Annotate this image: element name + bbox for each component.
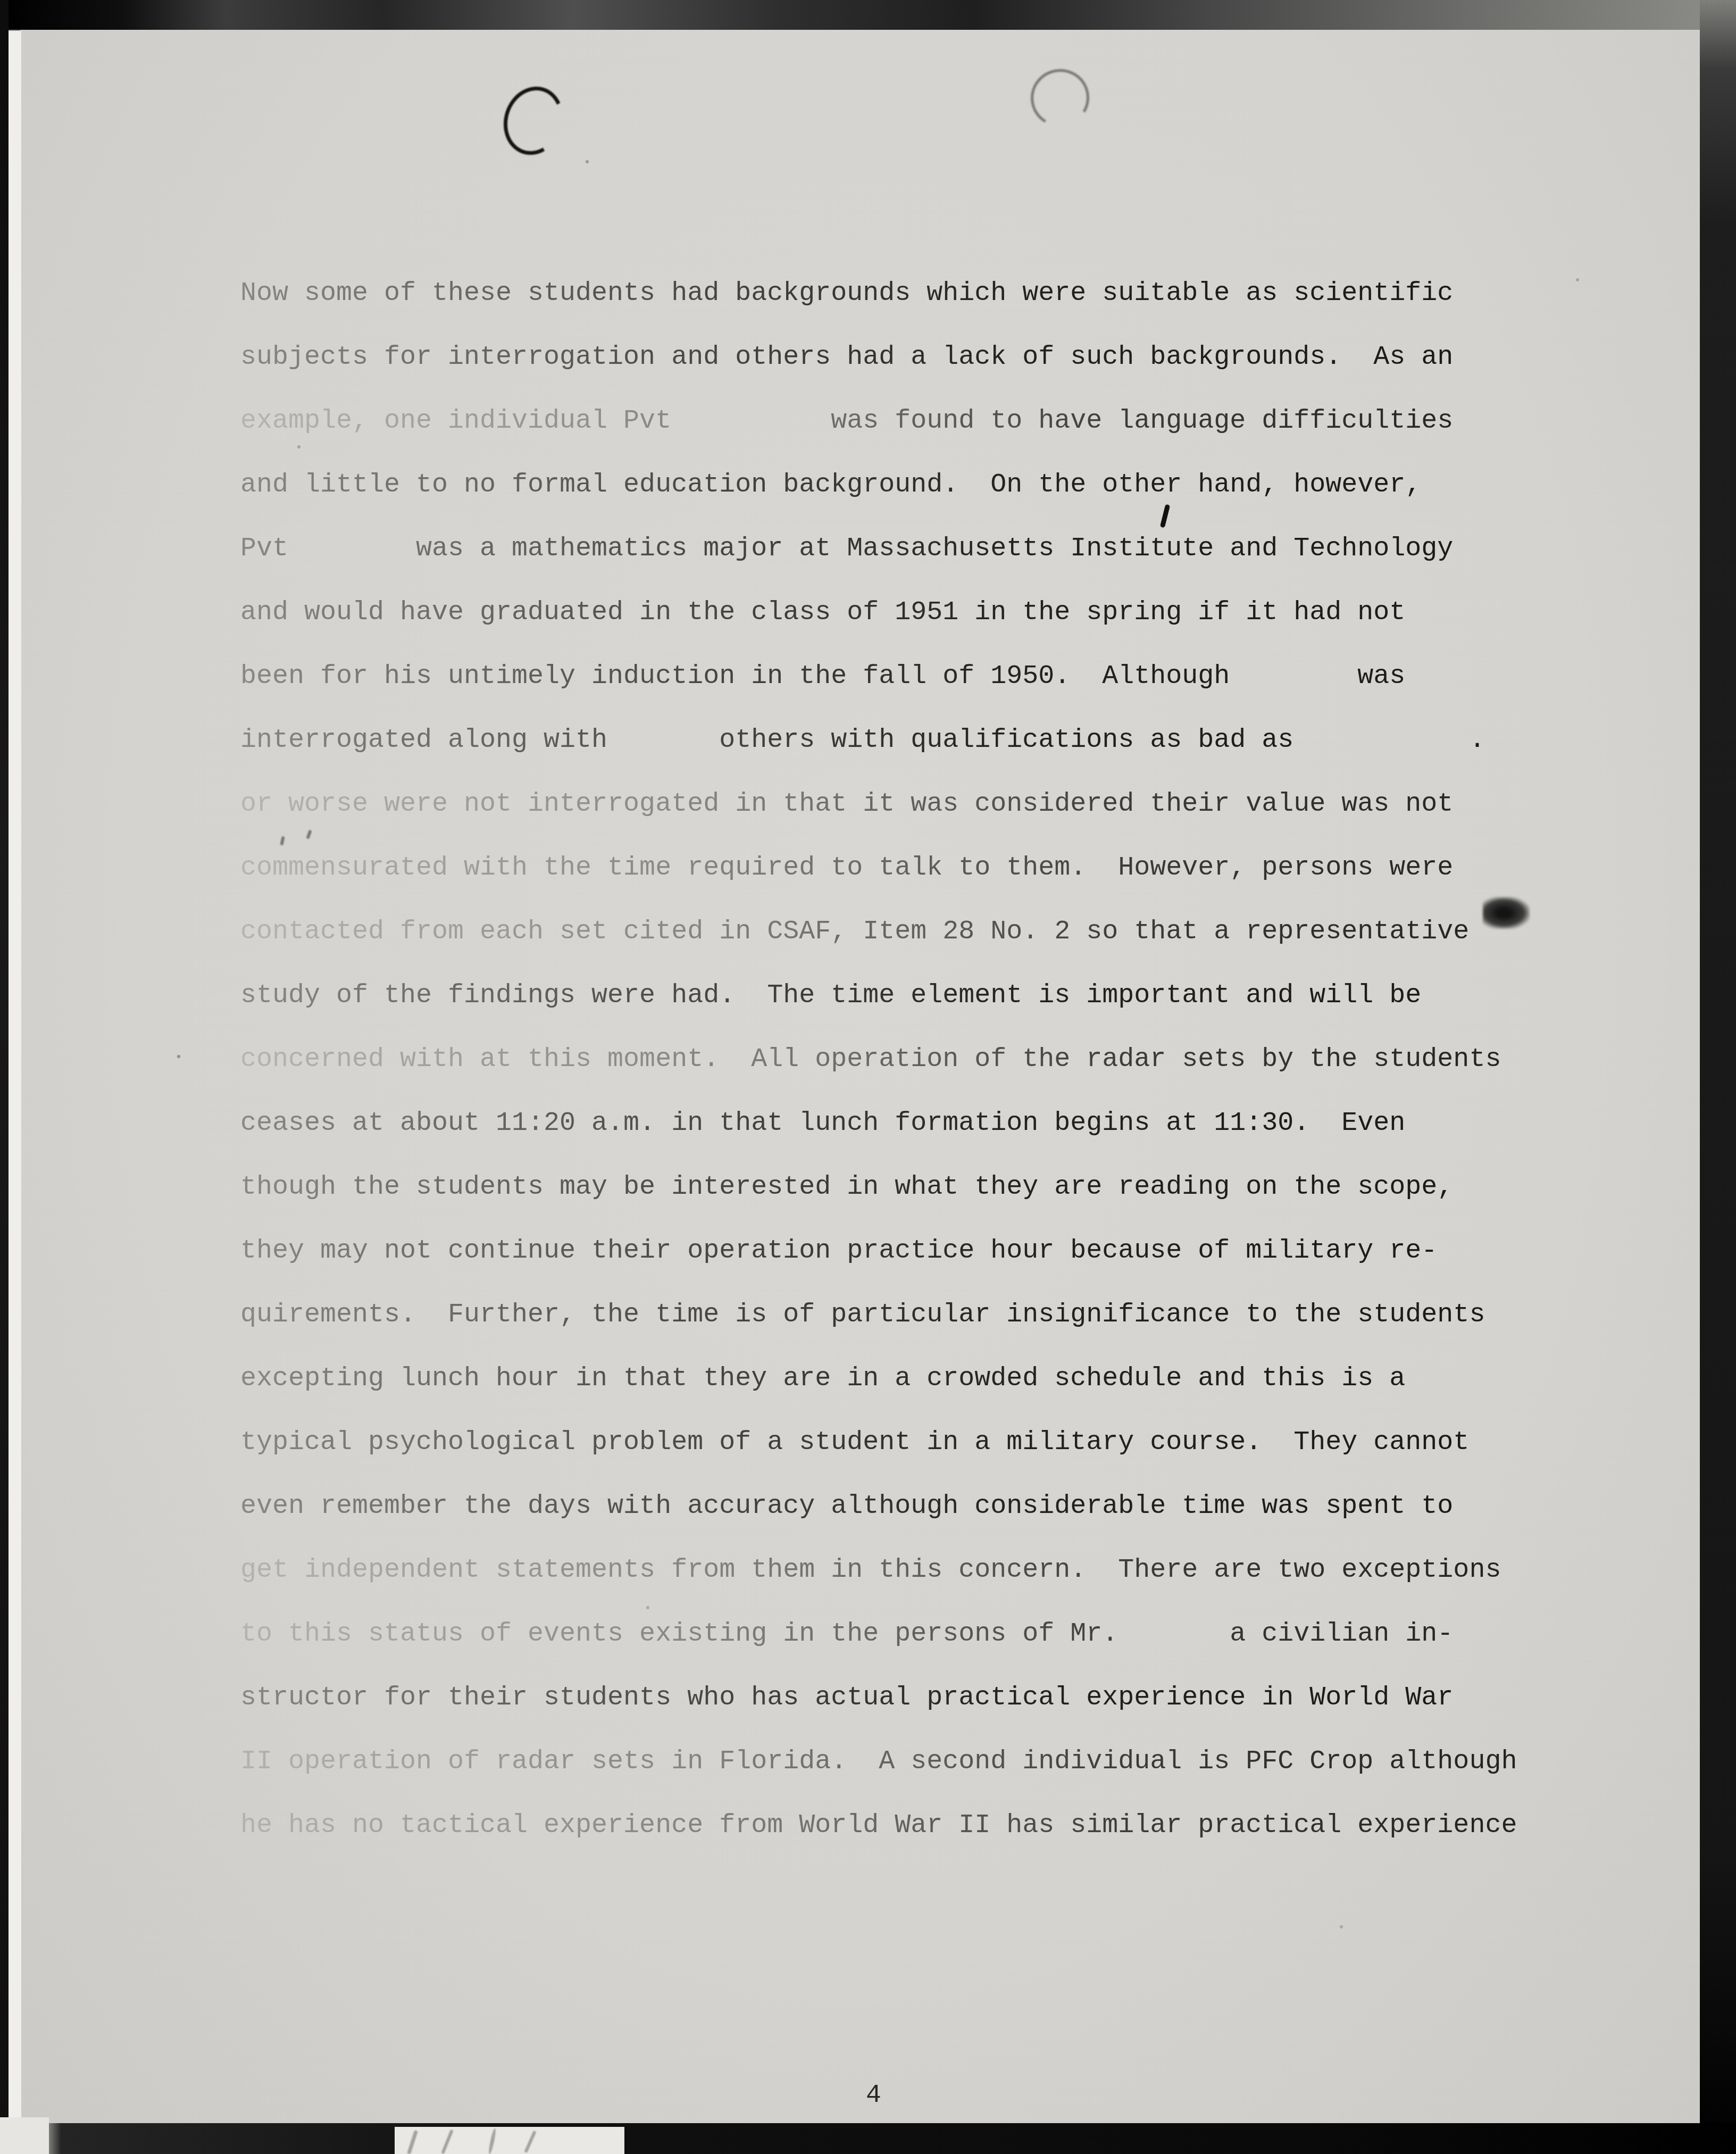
text-line: even remember the days with accuracy alt… [240, 1475, 1517, 1538]
bottom-handwriting-area [395, 2127, 624, 2154]
text-line: or worse were not interrogated in that i… [240, 772, 1517, 836]
scan-edge-right [1700, 0, 1736, 2154]
text-line: commensurated with the time required to … [240, 836, 1517, 900]
text-line: contacted from each set cited in CSAF, I… [240, 900, 1517, 964]
text-line: get independent statements from them in … [240, 1538, 1517, 1602]
scan-edge-top [0, 0, 1736, 30]
text-line: Pvt was a mathematics major at Massachus… [240, 517, 1517, 581]
text-lines: Now some of these students had backgroun… [240, 262, 1517, 1858]
page-number: 4 [866, 2081, 881, 2110]
text-line: II operation of radar sets in Florida. A… [240, 1730, 1517, 1794]
handwriting-stroke [524, 2131, 536, 2153]
paper-edge-sliver [9, 31, 21, 2122]
text-line: subjects for interrogation and others ha… [240, 326, 1517, 389]
text-line: interrogated along with others with qual… [240, 709, 1517, 772]
scan-edge-left [0, 0, 9, 2154]
text-line: ceases at about 11:20 a.m. in that lunch… [240, 1092, 1517, 1155]
text-line: and would have graduated in the class of… [240, 581, 1517, 645]
text-line: been for his untimely induction in the f… [240, 645, 1517, 709]
scan-edge-bottom [0, 2123, 1736, 2154]
scanned-document-page: Now some of these students had backgroun… [0, 0, 1736, 2154]
handwriting-stroke [441, 2130, 454, 2154]
handwriting-stroke [407, 2130, 418, 2154]
text-line: to this status of events existing in the… [240, 1602, 1517, 1666]
text-line: concerned with at this moment. All opera… [240, 1028, 1517, 1092]
text-line: structor for their students who has actu… [240, 1666, 1517, 1730]
handwriting-stroke [488, 2128, 497, 2154]
ink-smudge [1483, 897, 1530, 929]
text-line: typical psychological problem of a stude… [240, 1411, 1517, 1475]
text-line: though the students may be interested in… [240, 1155, 1517, 1219]
text-line: study of the findings were had. The time… [240, 964, 1517, 1028]
text-line: quirements. Further, the time is of part… [240, 1283, 1517, 1347]
text-line: he has no tactical experience from World… [240, 1794, 1517, 1858]
text-line: Now some of these students had backgroun… [240, 262, 1517, 326]
text-line: and little to no formal education backgr… [240, 453, 1517, 517]
text-line: example, one individual Pvt was found to… [240, 389, 1517, 453]
scan-corner-bottom-left [0, 2117, 49, 2154]
text-line: they may not continue their operation pr… [240, 1219, 1517, 1283]
text-line: excepting lunch hour in that they are in… [240, 1347, 1517, 1411]
